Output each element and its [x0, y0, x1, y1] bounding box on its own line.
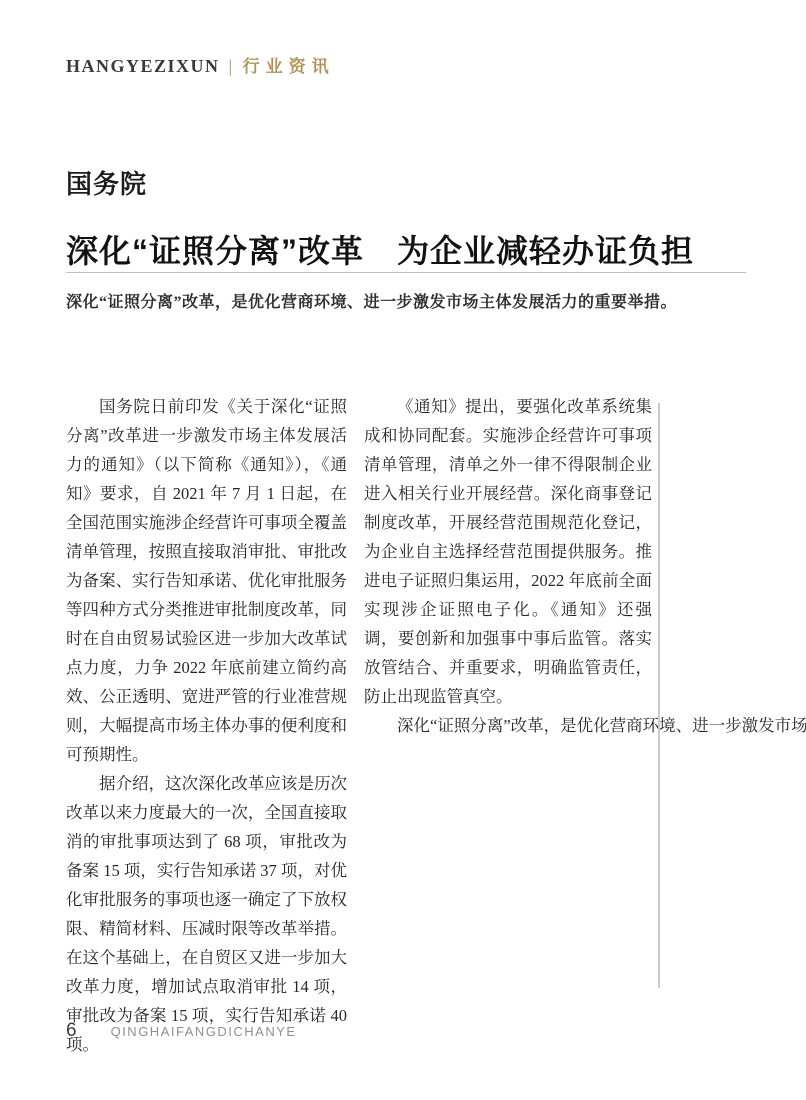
lede-divider-rule	[66, 272, 746, 273]
article-body: 国务院日前印发《关于深化“证照分离”改革进一步激发市场主体发展活力的通知》（以下…	[66, 392, 652, 1059]
page-running-head: HANGYEZIXUN | 行业资讯	[66, 52, 335, 77]
section-name: 行业资讯	[243, 52, 335, 77]
article-lede: 深化“证照分离”改革，是优化营商环境、进一步激发市场主体发展活力的重要举措。	[66, 289, 746, 312]
paragraph: 据介绍，这次深化改革应该是历次改革以来力度最大的一次，全国直接取消的审批事项达到…	[66, 769, 347, 1059]
paragraph: 深化“证照分离”改革，是优化营商环境、进一步激发市场主体发展活力的重要举措。《通…	[364, 711, 652, 740]
article-kicker: 国务院	[66, 164, 147, 201]
paragraph-text: 深化“证照分离”改革，是优化营商环境、进一步激发市场主体发展活力的重要举措。《通…	[397, 716, 806, 735]
paragraph: 国务院日前印发《关于深化“证照分离”改革进一步激发市场主体发展活力的通知》（以下…	[66, 392, 347, 769]
journal-name: QINGHAIFANGDICHANYE	[111, 1024, 297, 1039]
header-divider: |	[229, 56, 234, 77]
paragraph: 《通知》提出，要强化改革系统集成和协同配套。实施涉企经营许可事项清单管理，清单之…	[364, 392, 652, 711]
article-title: 深化“证照分离”改革 为企业减轻办证负担	[66, 226, 694, 272]
body-column-right: 《通知》提出，要强化改革系统集成和协同配套。实施涉企经营许可事项清单管理，清单之…	[364, 392, 652, 1059]
page-number: 6	[66, 1020, 77, 1042]
journal-pinyin-title: HANGYEZIXUN	[66, 56, 220, 77]
page-footer: 6 QINGHAIFANGDICHANYE	[66, 1020, 297, 1042]
column-edge-rule	[658, 403, 660, 988]
body-column-left: 国务院日前印发《关于深化“证照分离”改革进一步激发市场主体发展活力的通知》（以下…	[66, 392, 347, 1059]
